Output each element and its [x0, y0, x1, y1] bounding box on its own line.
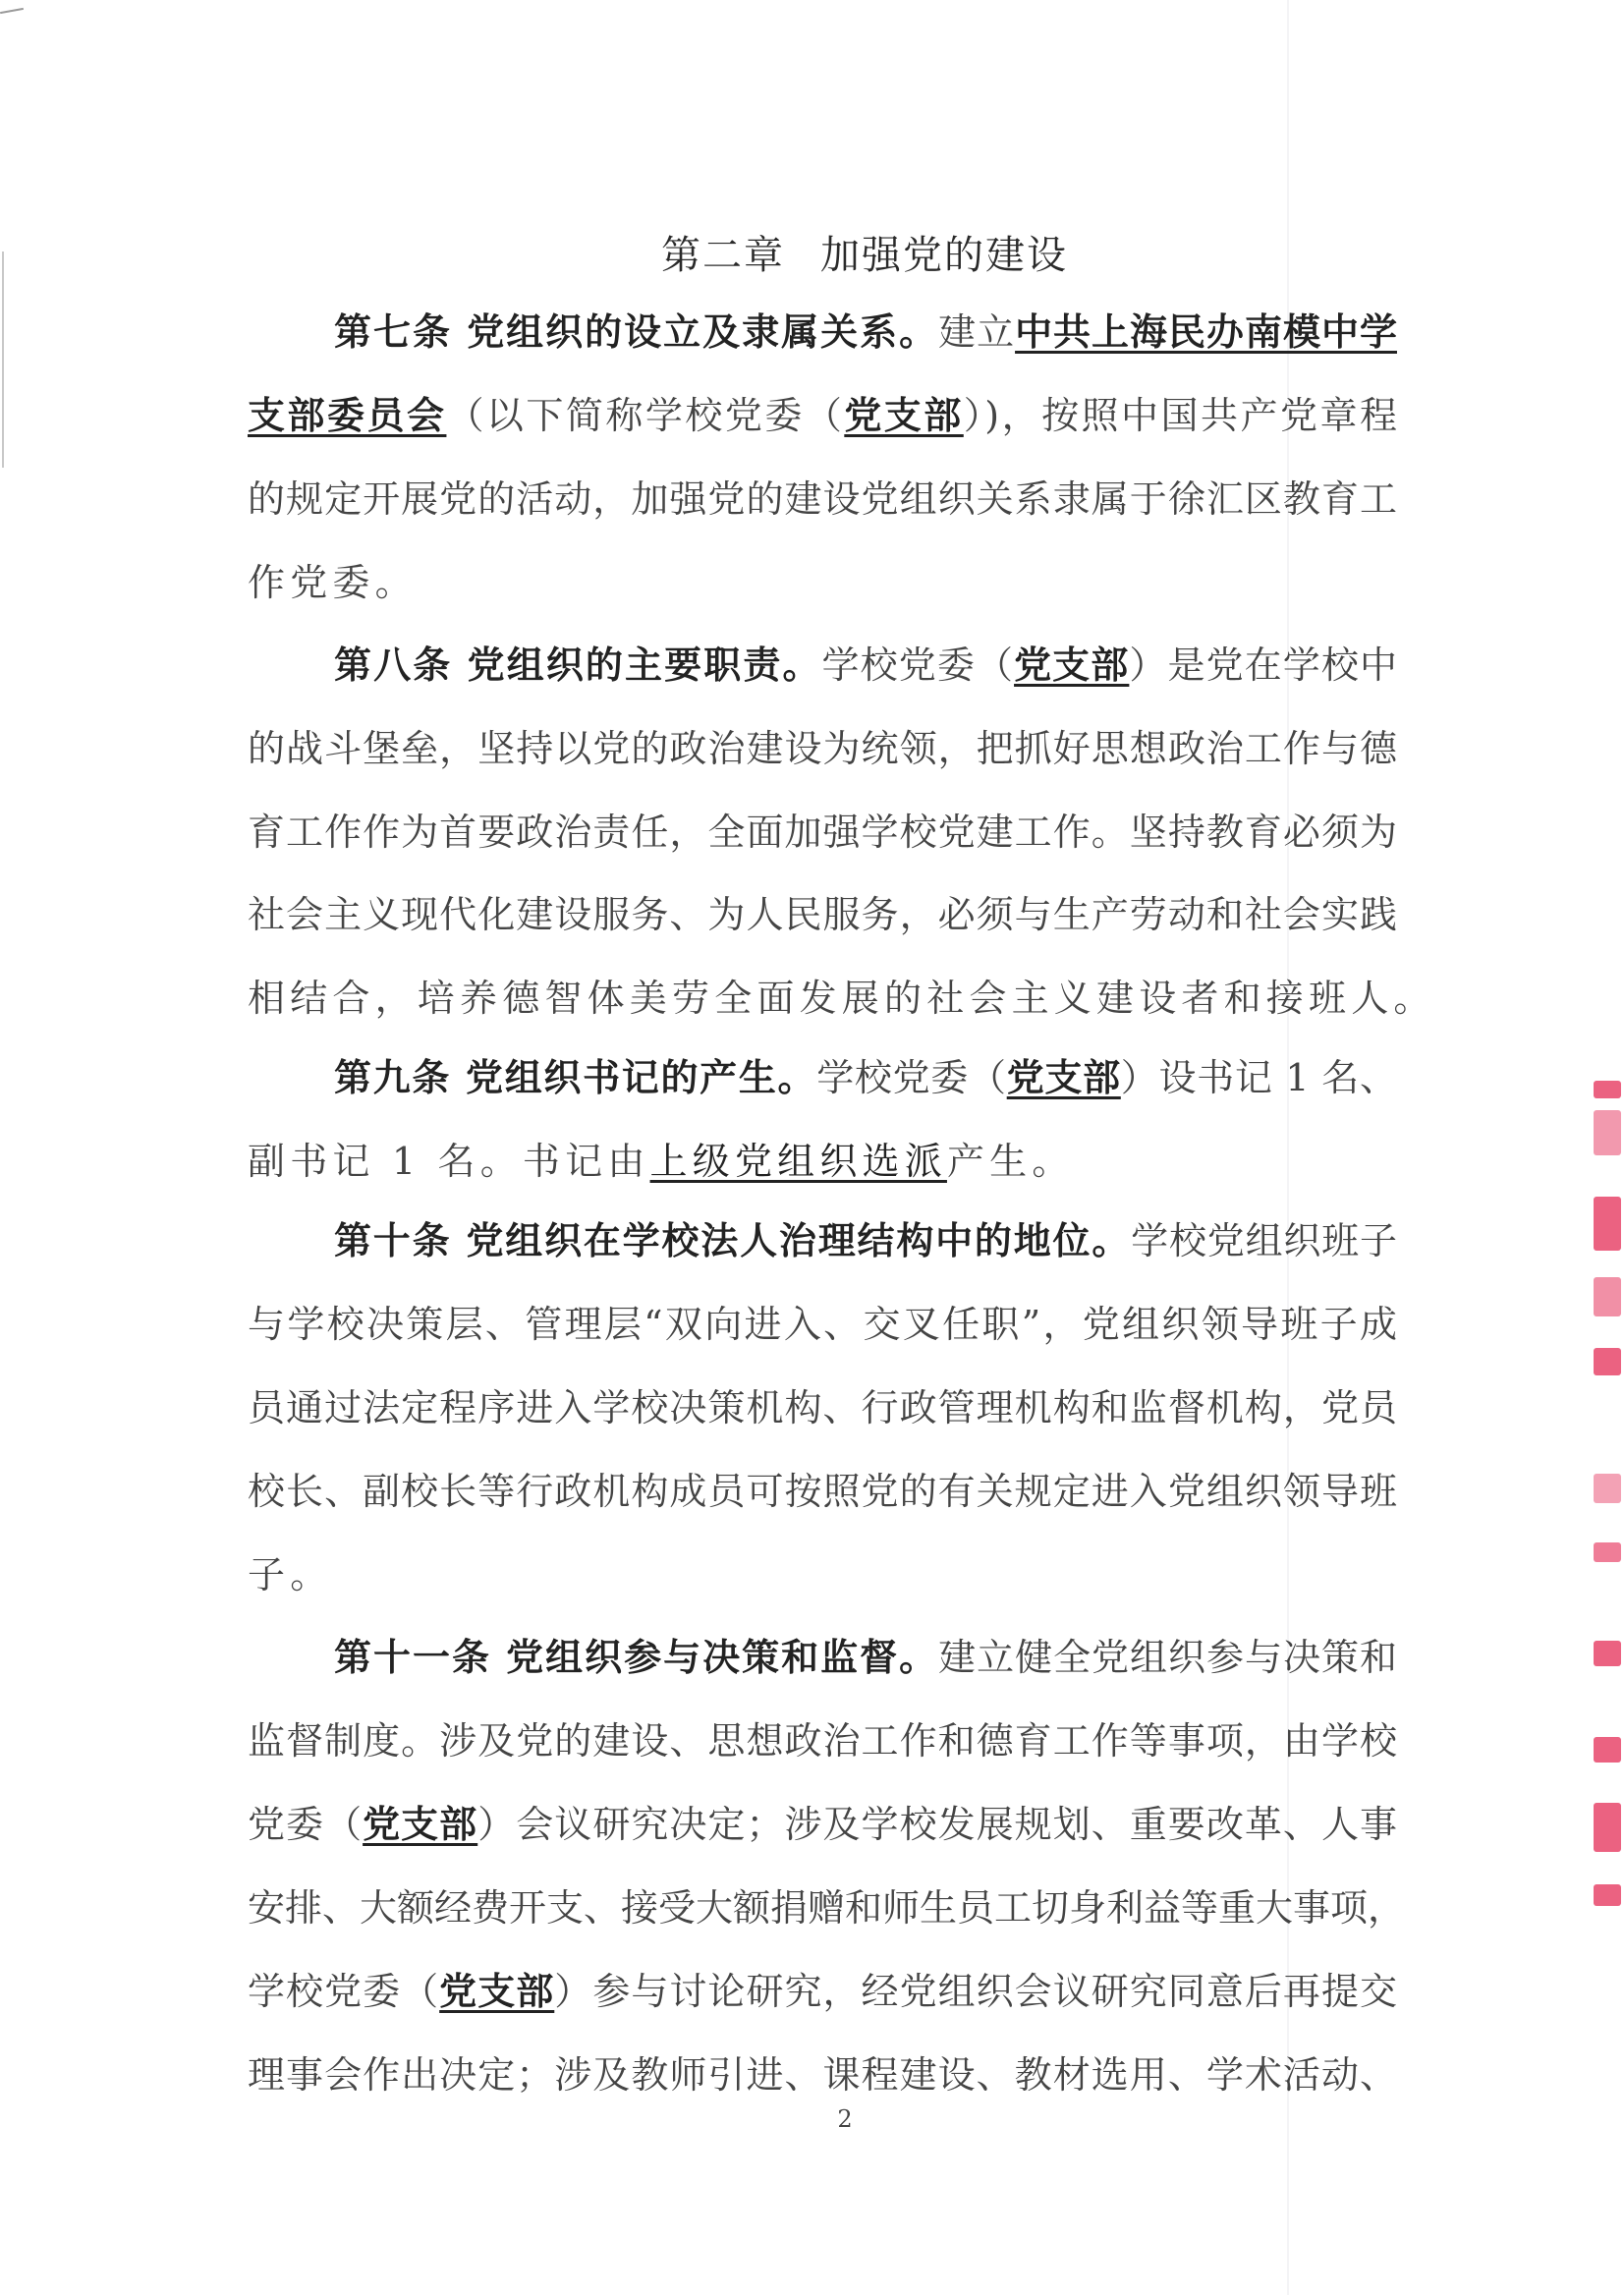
article-11-line-4: 安排、大额经费开支、接受大额捐赠和师生员工切身利益等重大事项，: [248, 1884, 1397, 1931]
article-8-line-5: 相结合，培养德智体美劳全面发展的社会主义建设者和接班人。: [248, 975, 1397, 1022]
article-7-line-3: 的规定开展党的活动，加强党的建设党组织关系隶属于徐汇区教育工: [248, 476, 1397, 523]
red-seal-icon: [1594, 1081, 1624, 1965]
article-10-line-3: 员通过法定程序进入学校决策机构、行政管理机构和监督机构，党员: [248, 1384, 1397, 1431]
article-10-line-4: 校长、副校长等行政机构成员可按照党的有关规定进入党组织领导班: [248, 1468, 1397, 1515]
party-branch-term: 党支部: [363, 1803, 477, 1846]
article-8-heading: 第八条 党组织的主要职责。: [334, 644, 822, 687]
scan-edge-mark: [2, 252, 4, 468]
committee-name: 支部委员会: [248, 394, 446, 437]
party-branch-term: 党支部: [1014, 644, 1129, 687]
article-9-heading: 第九条 党组织书记的产生。: [334, 1056, 816, 1099]
party-branch-term: 党支部: [439, 1970, 554, 2013]
chapter-number: 第二章: [661, 233, 785, 278]
chapter-title: 第二章加强党的建设: [0, 224, 1624, 280]
school-party-name: 中共上海民办南模中学: [1015, 310, 1397, 354]
page-number: 2: [0, 2105, 1624, 2133]
article-10-line-5: 子。: [248, 1551, 1397, 1598]
article-8-line-4: 社会主义现代化建设服务、为人民服务，必须与生产劳动和社会实践: [248, 891, 1397, 938]
article-11-heading: 第十一条 党组织参与决策和监督。: [334, 1636, 938, 1679]
article-7-heading: 第七条 党组织的设立及隶属关系。: [334, 310, 938, 354]
scan-corner-mark: [0, 8, 24, 14]
article-11-line-5: 学校党委（党支部）参与讨论研究，经党组织会议研究同意后再提交: [248, 1968, 1397, 2015]
article-7-line-2: 支部委员会（以下简称学校党委（党支部）)，按照中国共产党章程: [248, 392, 1397, 439]
article-11-line-3: 党委（党支部）会议研究决定；涉及学校发展规划、重要改革、人事: [248, 1801, 1397, 1848]
article-7-line-4: 作党委。: [248, 559, 1397, 606]
article-11-line-1: 第十一条 党组织参与决策和监督。建立健全党组织参与决策和: [334, 1634, 1397, 1681]
article-11-line-2: 监督制度。涉及党的建设、思想政治工作和德育工作等事项，由学校: [248, 1717, 1397, 1764]
article-8-line-3: 育工作作为首要政治责任，全面加强学校党建工作。坚持教育必须为: [248, 809, 1397, 856]
chapter-name: 加强党的建设: [820, 233, 1068, 278]
article-8-line-2: 的战斗堡垒，坚持以党的政治建设为统领，把抓好思想政治工作与德: [248, 725, 1397, 772]
article-10-line-2: 与学校决策层、管理层“双向进入、交叉任职”，党组织领导班子成: [248, 1301, 1397, 1348]
document-page: 第二章加强党的建设 第七条 党组织的设立及隶属关系。建立中共上海民办南模中学 支…: [0, 0, 1624, 2295]
article-9-line-2: 副书记 1 名。书记由上级党组织选派产生。: [248, 1138, 1397, 1185]
article-8-line-1: 第八条 党组织的主要职责。学校党委（党支部）是党在学校中: [334, 642, 1397, 689]
party-branch-term: 党支部: [844, 394, 963, 437]
article-11-line-6: 理事会作出决定；涉及教师引进、课程建设、教材选用、学术活动、: [248, 2051, 1397, 2099]
article-10-line-1: 第十条 党组织在学校法人治理结构中的地位。学校党组织班子: [334, 1217, 1397, 1264]
appointing-body: 上级党组织选派: [650, 1140, 947, 1183]
article-7-line-1: 第七条 党组织的设立及隶属关系。建立中共上海民办南模中学: [334, 308, 1397, 356]
article-9-line-1: 第九条 党组织书记的产生。学校党委（党支部）设书记 1 名、: [334, 1054, 1397, 1101]
party-branch-term: 党支部: [1007, 1056, 1121, 1099]
article-10-heading: 第十条 党组织在学校法人治理结构中的地位。: [334, 1219, 1131, 1262]
